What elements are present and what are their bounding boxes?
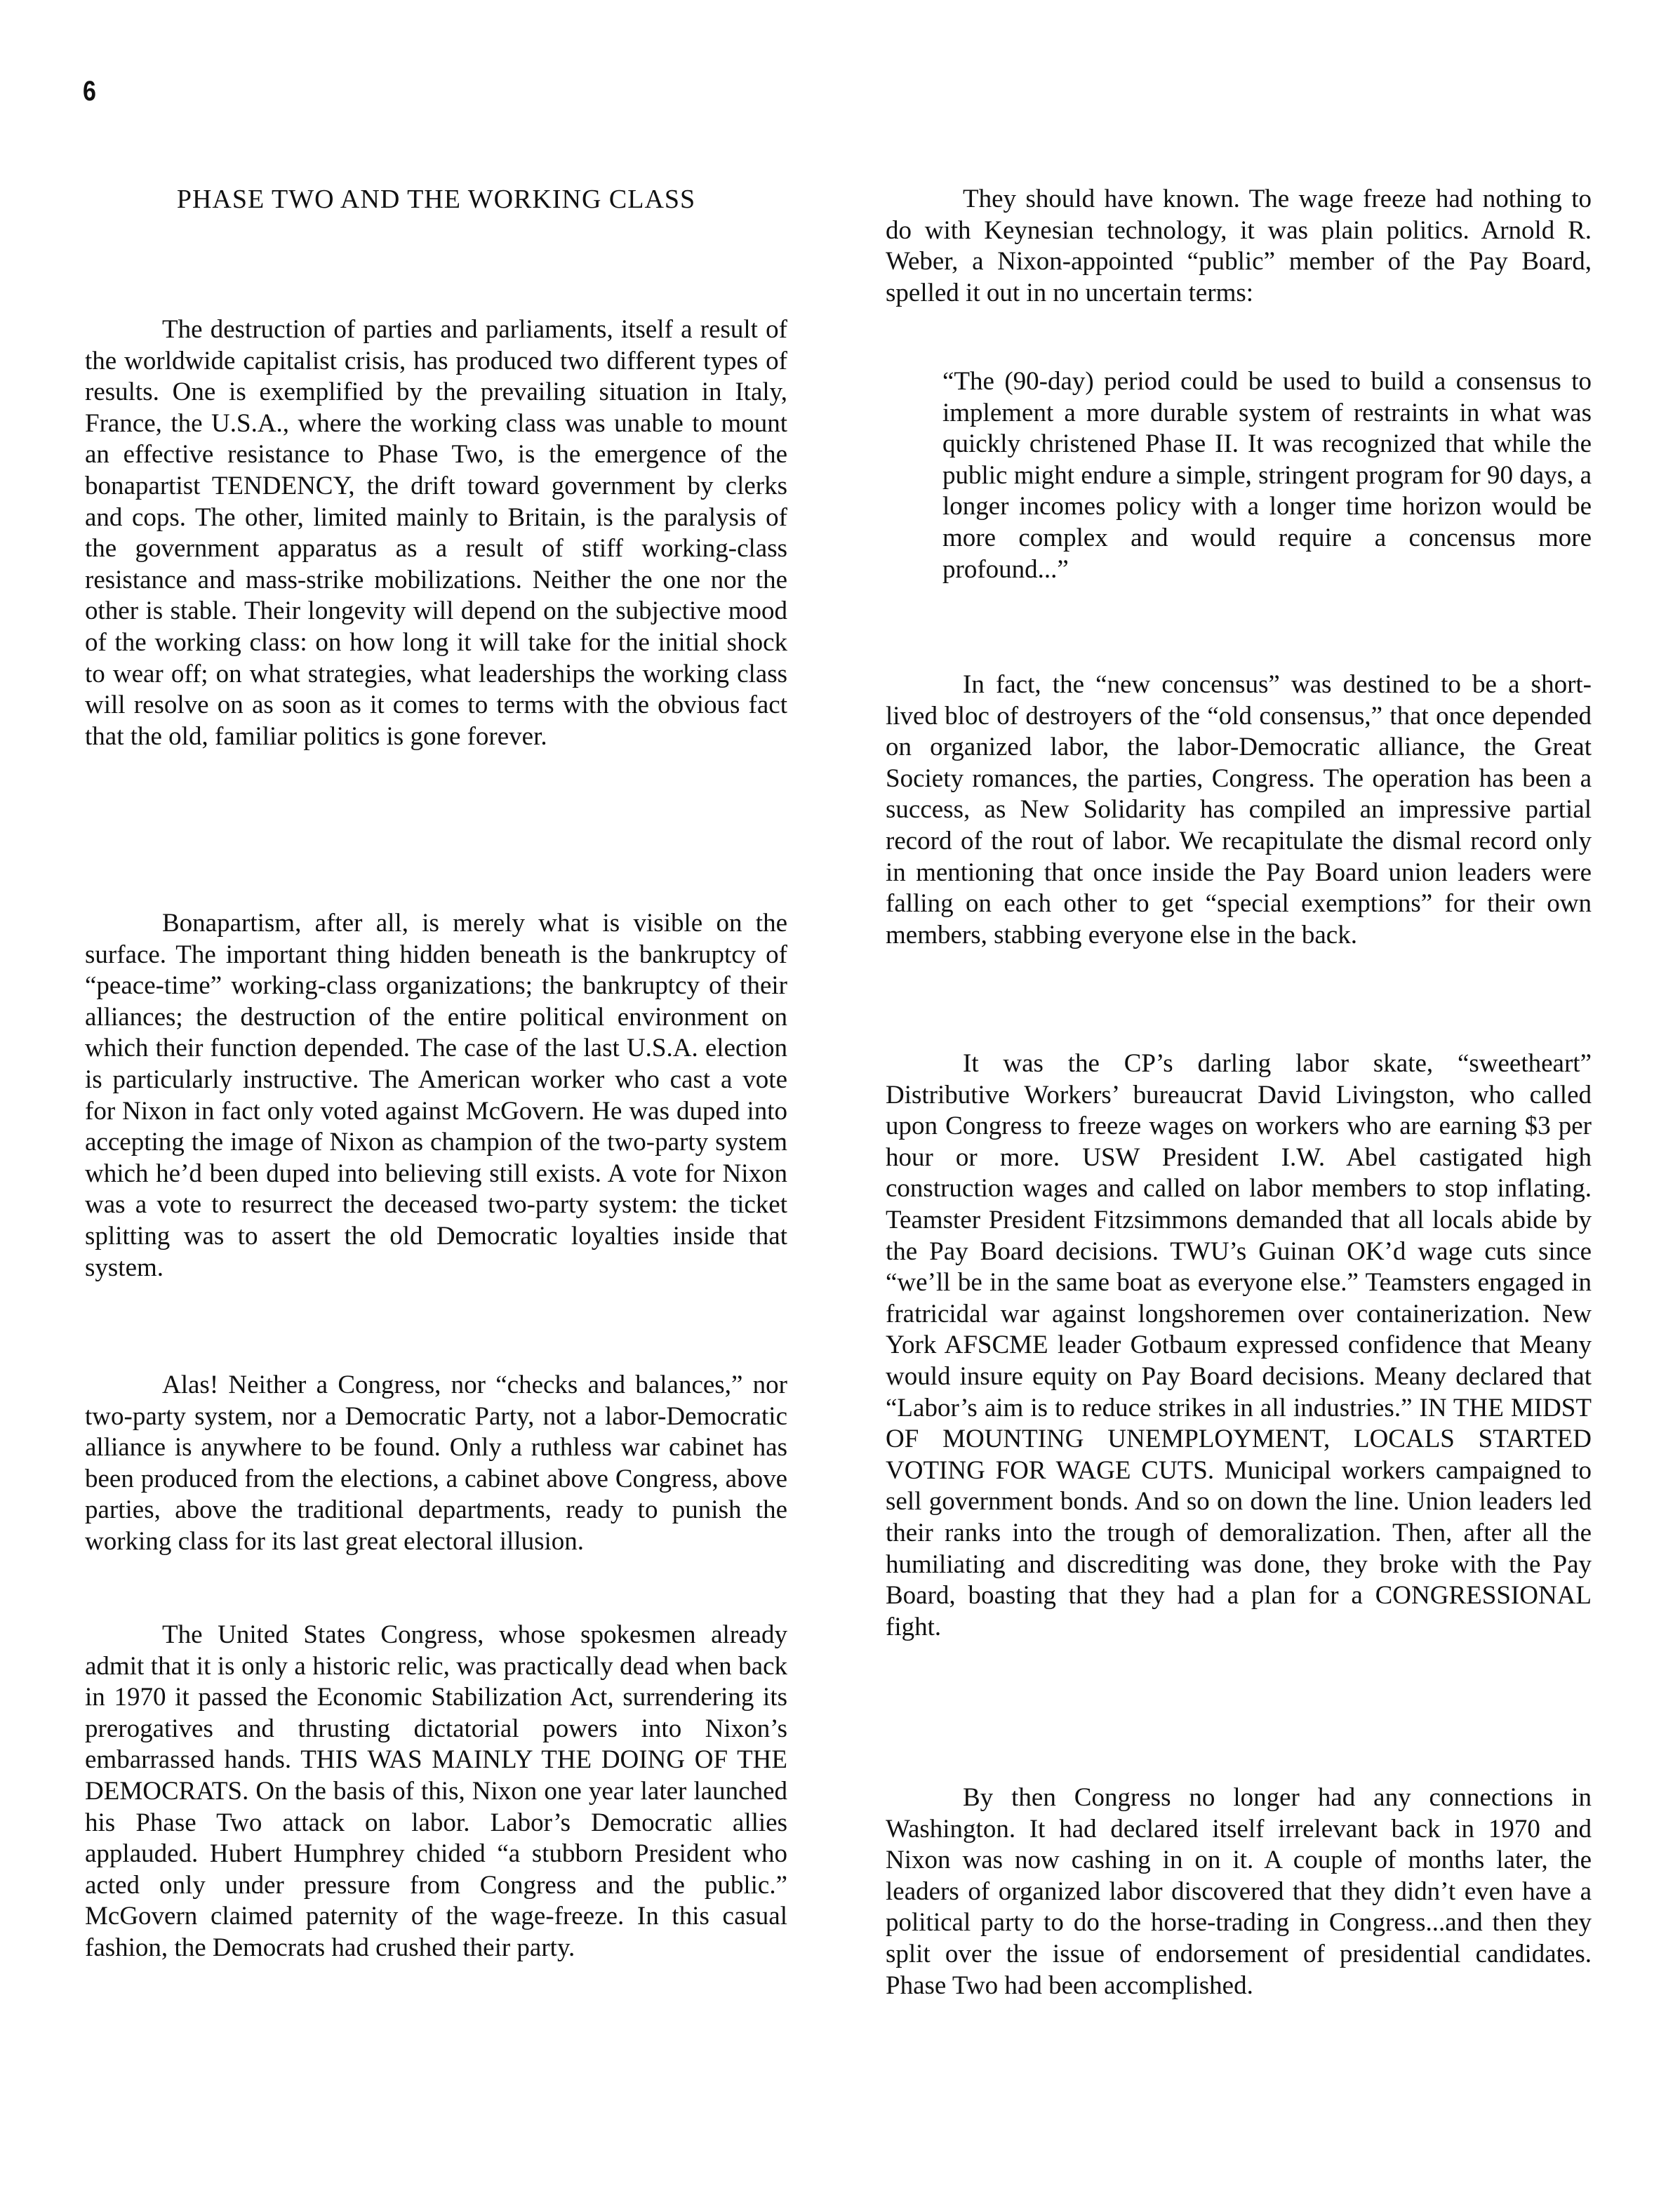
right-paragraph-1: In fact, the “new concensus” was destine… bbox=[886, 669, 1592, 951]
page-number: 6 bbox=[83, 76, 96, 107]
left-paragraph-4: The United States Congress, whose spokes… bbox=[85, 1620, 787, 1964]
article-title: PHASE TWO AND THE WORKING CLASS bbox=[85, 184, 787, 215]
right-paragraph-3: By then Congress no longer had any conne… bbox=[886, 1782, 1592, 2001]
left-paragraph-2: Bonapartism, after all, is merely what i… bbox=[85, 908, 787, 1284]
right-paragraph-2: It was the CP’s darling labor skate, “sw… bbox=[886, 1048, 1592, 1643]
left-paragraph-1: The destruction of parties and parliamen… bbox=[85, 314, 787, 752]
document-page: 6 PHASE TWO AND THE WORKING CLASS The de… bbox=[0, 0, 1680, 2200]
left-paragraph-3: Alas! Neither a Congress, nor “checks an… bbox=[85, 1370, 787, 1558]
right-intro-paragraph: They should have known. The wage freeze … bbox=[886, 184, 1592, 309]
block-quote: “The (90-day) period could be used to bu… bbox=[942, 366, 1592, 585]
